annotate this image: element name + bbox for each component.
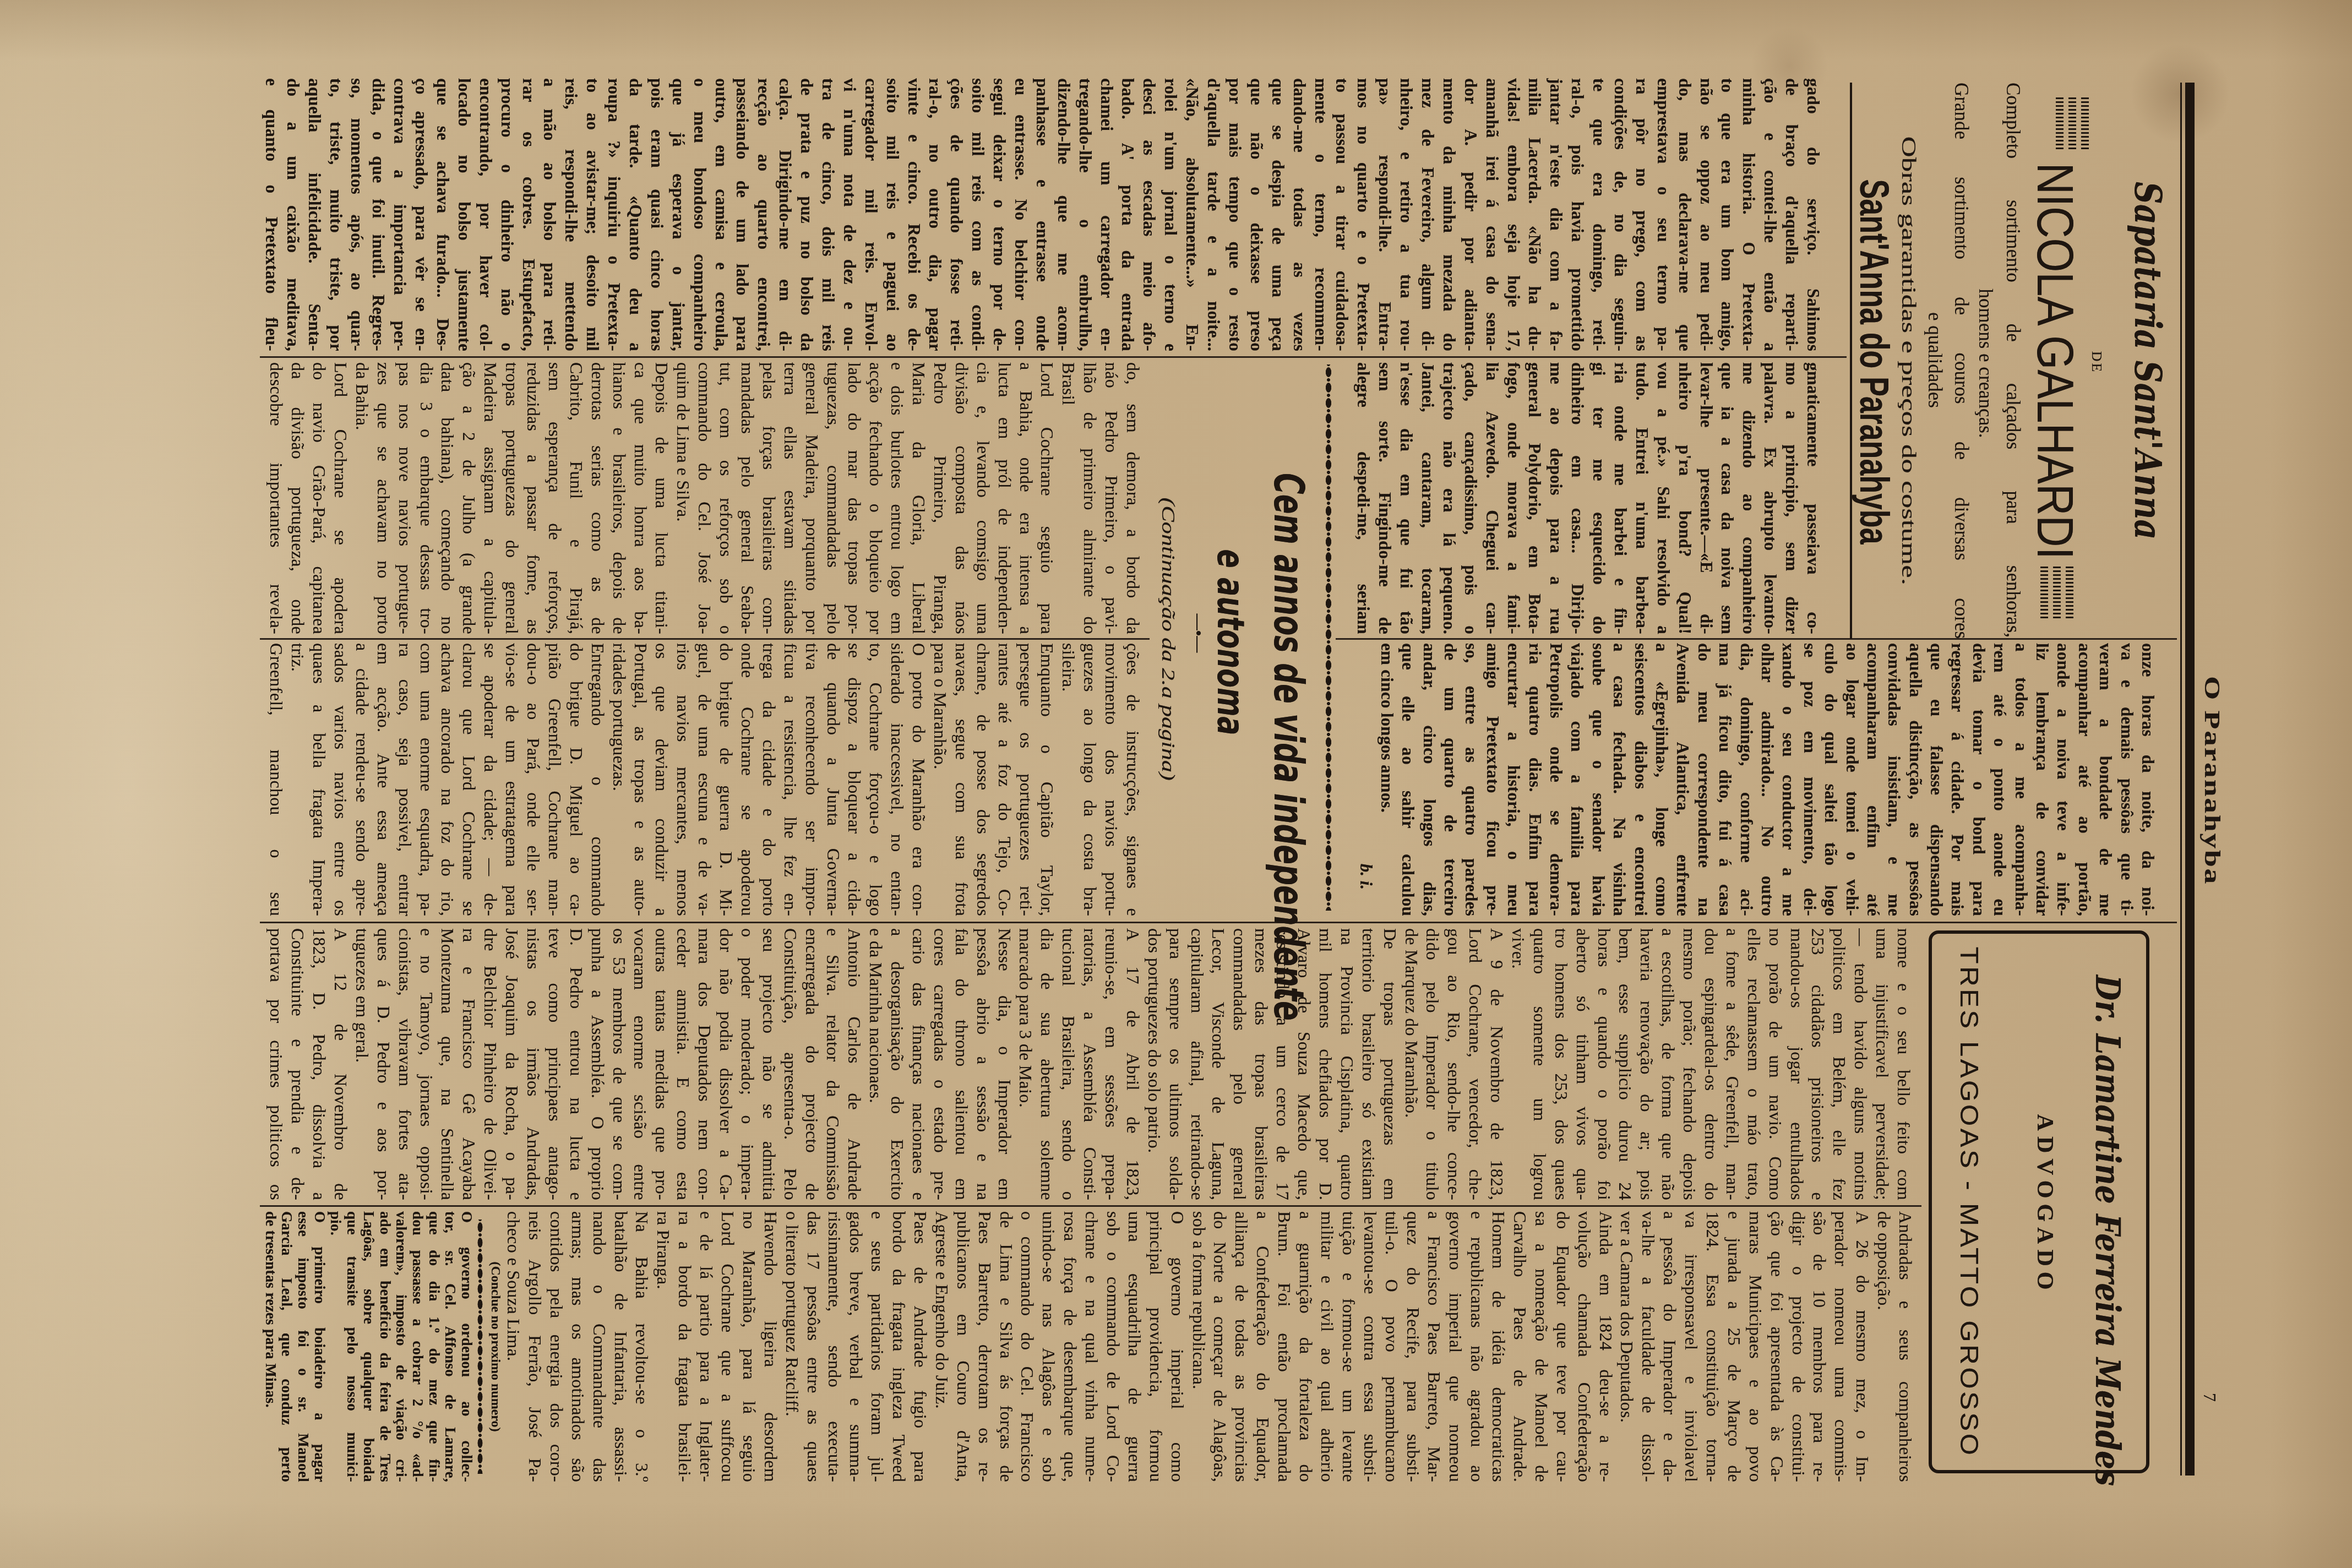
text-line: Maria da Gloria, Liberal bbox=[908, 362, 929, 634]
text-line: a guarnição da fortaleza do bbox=[1295, 1211, 1316, 1482]
text-line: recção ao quarto encontrei, bbox=[753, 78, 774, 351]
text-line: do, mas declarava-me que bbox=[1674, 78, 1695, 351]
text-line: — tendo havido alguns motins bbox=[1850, 928, 1871, 1200]
text-line: O primeiro boiadeiro a pagar bbox=[311, 1211, 328, 1482]
paragraph: A 12 de Novembro de1823, D. Pedro, disso… bbox=[265, 928, 351, 1200]
text-line: que não o deixasse preso bbox=[1245, 78, 1267, 351]
text-line: a Francisco Paes Barreto, Mar- bbox=[1424, 1211, 1445, 1482]
text-line: ceder amnistia. E como esta bbox=[672, 928, 694, 1200]
text-line: gados breve, verbal e summa- bbox=[845, 1211, 867, 1482]
article-column-3: nome e o seu bello feito comuma injustif… bbox=[265, 928, 1914, 1200]
story-column-3: onze horas da noite, da noi-va e demais … bbox=[1376, 643, 2158, 916]
text-line: alegre despedi-me, seriam bbox=[1352, 362, 1374, 634]
article-subheadline-row: e autonoma bbox=[1212, 363, 1248, 922]
text-line: contidos pela energia dos coro- bbox=[546, 1211, 567, 1482]
text-line: Andradas e seus companheiros bbox=[1894, 1211, 1916, 1482]
text-line: bordo da fragata ingleza Tweed bbox=[888, 1211, 910, 1482]
text-line: va e demais pessôas que ti- bbox=[2116, 643, 2137, 916]
text-line: que ia a casa da noiva sem bbox=[1717, 362, 1738, 634]
text-line: cores carregadas o estado pre- bbox=[929, 928, 951, 1200]
text-line: valorem», imposto de viação cri- bbox=[393, 1211, 410, 1482]
text-line: em acção. Ante essa ameaça bbox=[373, 643, 394, 916]
text-line: commando do Cel. José Joa- bbox=[694, 362, 715, 634]
text-line: Paes Barretto, derrotam os re- bbox=[974, 1211, 995, 1482]
conclusion-note: (Conclue no proximo numero) bbox=[487, 1211, 504, 1482]
text-line: trajecto não era lá pequeno. bbox=[1438, 362, 1460, 634]
text-line: rolei n'um jornal o terno e bbox=[1159, 78, 1181, 351]
column-rule bbox=[260, 638, 1150, 640]
text-line: aquella distincção, as pessôas bbox=[1904, 643, 1925, 916]
text-line: acompanharam enfim até bbox=[1863, 643, 1883, 916]
text-line: rosa força de desembarque que, bbox=[1059, 1211, 1081, 1482]
text-line: nando o Commandante das bbox=[589, 1211, 610, 1482]
text-line: a escotilhas, de forma que não bbox=[1657, 928, 1679, 1200]
text-line: ral-o, pois havia promettido bbox=[1566, 78, 1588, 351]
article-column-1: do, sem demora, a bordo danáo Pedro Prim… bbox=[265, 362, 1144, 634]
text-line: e seus partidarios foram jul- bbox=[867, 1211, 888, 1482]
text-line: o literato portuguez Ratcliff. bbox=[781, 1211, 803, 1482]
text-line: Alvaro de Souza Macedo que, bbox=[1293, 928, 1315, 1200]
text-line: general Madeira, porquanto por bbox=[801, 362, 823, 634]
paragraph: Lord Cochrane seguio paraa Bahia, onde e… bbox=[672, 362, 1058, 634]
text-line: general Polydorio, em Bota- bbox=[1524, 362, 1545, 634]
paragraph: Lord Cochrane se apoderado navio Grão-Pa… bbox=[265, 362, 351, 634]
text-line: de quando a Junta Governa- bbox=[823, 643, 844, 916]
text-line: reunio-se, em sessões prepa- bbox=[1101, 928, 1122, 1200]
text-line: Brasil bbox=[1058, 362, 1079, 634]
text-line: 1824. Essa constituição torna- bbox=[1702, 1211, 1723, 1482]
text-line: mos no quarto e o Pretexta- bbox=[1352, 78, 1374, 351]
text-line: onde Cochrane se apoderou bbox=[737, 643, 758, 916]
text-line: carregador mil reis. Envol- bbox=[860, 78, 881, 351]
text-line: ques á D. Pedro e aos por- bbox=[373, 928, 394, 1200]
text-line: onze horas da noite, da noi- bbox=[2137, 643, 2158, 916]
text-line: que elle ao sahir calculou bbox=[1397, 643, 1418, 916]
text-line: tucional Brasileira, sendo o bbox=[1058, 928, 1079, 1200]
text-line: Jantei, cantaram, tocaram, bbox=[1417, 362, 1438, 634]
text-line: marcado para 3 de Maio. bbox=[1015, 928, 1037, 1200]
text-line: jantar n'este dia com a fa- bbox=[1545, 78, 1566, 351]
column-rule bbox=[260, 922, 2177, 923]
text-line: movimento dos navios portu- bbox=[1101, 643, 1122, 916]
text-line: dizendo-lhe que me acom- bbox=[1053, 78, 1074, 351]
text-line: navaes, segue com sua frota bbox=[951, 643, 972, 916]
text-line: a fome a sêde, Greenfell, man- bbox=[1722, 928, 1743, 1200]
article-column-2: ções de instrucções, signaes emovimento … bbox=[265, 643, 1144, 916]
text-line: Lord Cochrane, vencedor, che- bbox=[1464, 928, 1486, 1200]
text-line: ao logar onde tomei o vehi- bbox=[1841, 643, 1862, 916]
text-line: olhar admirado... No outro bbox=[1757, 643, 1778, 916]
text-line: vidas! embora seja hoje 17, bbox=[1502, 78, 1524, 351]
text-line: to ao avistar-me; desoito mil bbox=[581, 78, 603, 351]
text-line: lucta em pról de independen- bbox=[994, 362, 1015, 634]
text-line: levantou-se contra essa substi- bbox=[1359, 1211, 1381, 1482]
text-line: data bahiana), começando no bbox=[437, 362, 459, 634]
text-line: mesmo porão; fechando depois bbox=[1679, 928, 1700, 1200]
text-line: cario das finanças nacionaes e bbox=[908, 928, 929, 1200]
text-line: sob a forma republicana. bbox=[1188, 1211, 1210, 1482]
text-line: gmaticamente passeiava co- bbox=[1802, 362, 1823, 634]
text-line: reduzidas a passar fome, as bbox=[522, 362, 544, 634]
text-line: devia tomar o bond para bbox=[1968, 643, 1989, 916]
text-line: dor não podia dissolver a Ca- bbox=[715, 928, 737, 1200]
text-line: dre Belchior Pinheiro de Olivei- bbox=[480, 928, 501, 1200]
text-line: Entregando o commando bbox=[587, 643, 608, 916]
text-line: mente o terno, recommen- bbox=[1310, 78, 1331, 351]
text-line: de tresentas rezes para Minas. bbox=[262, 1211, 279, 1482]
text-line: panhasse e entrasse onde bbox=[1031, 78, 1053, 351]
text-line: e dois burlotes entrou logo em bbox=[886, 362, 908, 634]
text-line: na Provincia Cisplatina, quatro bbox=[1336, 928, 1358, 1200]
text-line: a todos a me acompanha- bbox=[2010, 643, 2031, 916]
text-line: sob o commando de Lord Co- bbox=[1102, 1211, 1124, 1482]
text-line: e de lá partio para a Inglater- bbox=[695, 1211, 717, 1482]
text-line: da tarde. «Quanto deu a bbox=[624, 78, 646, 351]
text-line: n'esse dia em que fui tão bbox=[1395, 362, 1417, 634]
story-signature: b. i. bbox=[1355, 643, 1376, 916]
text-line: chrane e na qual vinha nume- bbox=[1081, 1211, 1102, 1482]
text-line: principal providencia, formou bbox=[1145, 1211, 1167, 1482]
text-line: o commando do Cel. Francisco bbox=[1017, 1211, 1038, 1482]
text-line: do navio Grão-Pará, capitanea bbox=[308, 362, 330, 634]
text-line: segui deixar o terno por de- bbox=[988, 78, 1010, 351]
paragraph: Depois de uma lucta titani-ca que muito … bbox=[351, 362, 672, 634]
text-line: outro, em camisa e ceroula, bbox=[710, 78, 732, 351]
ad-text-line: homens e creanças. bbox=[1974, 83, 1996, 644]
text-line: que se achava furado... Des- bbox=[432, 78, 453, 351]
text-line: ma já ficou dito, fui á casa bbox=[1714, 643, 1735, 916]
text-line: contrava a importancia per- bbox=[389, 78, 410, 351]
text-line: Brum. Foi então proclamada bbox=[1273, 1211, 1295, 1482]
lawyer-location: TRES LAGOAS - MATTO GROSSO bbox=[1954, 946, 1984, 1457]
lawyer-location-row: TRES LAGOAS - MATTO GROSSO bbox=[1954, 934, 1984, 1470]
text-line: ral-o, no outro dia, pagar bbox=[924, 78, 946, 351]
text-line: Montezuma que, na Sentinella bbox=[437, 928, 459, 1200]
text-line: ra e Francisco Gê Acayaba bbox=[458, 928, 480, 1200]
text-line: commandadas pelo general bbox=[1229, 928, 1251, 1200]
text-line: governo imperial que nomeou bbox=[1445, 1211, 1466, 1482]
text-line: para sempre os ultimos solda- bbox=[1165, 928, 1186, 1200]
text-line: a Confederação do Equador, bbox=[1252, 1211, 1273, 1482]
text-line: que transite pelo nosso munici- bbox=[344, 1211, 361, 1482]
text-line: ado em beneficio da feira de Tres bbox=[377, 1211, 393, 1482]
head-rule-thick bbox=[2185, 83, 2195, 1476]
text-line: portava por crimes politicos os bbox=[265, 928, 287, 1200]
text-line: pelas forças brasileiras com- bbox=[758, 362, 780, 634]
text-line: uma esquadrilha de guerra bbox=[1124, 1211, 1145, 1482]
text-line: mezes das tropas brasileiras bbox=[1250, 928, 1272, 1200]
text-line: de um quarto de terceiro bbox=[1440, 643, 1461, 916]
text-line: e jurada a 25 de Março de bbox=[1723, 1211, 1745, 1482]
text-line: pessôa abrio a sessão e na bbox=[972, 928, 994, 1200]
paragraph: O governo ordenou ao collec-tor, sr. Cel… bbox=[328, 1211, 475, 1482]
text-line: divisão composta das náos bbox=[951, 362, 972, 634]
text-line: mandou-os jogar entulhados bbox=[1786, 928, 1807, 1200]
text-line: náo Pedro Primeiro, o pavi- bbox=[1101, 362, 1122, 634]
text-line: do, sem demora, a bordo da bbox=[1122, 362, 1144, 634]
text-line: aonde a noiva teve a infe- bbox=[2052, 643, 2073, 916]
text-line: achava ancorado na foz do rio, bbox=[437, 643, 459, 916]
text-line: tut, com os reforços sob o bbox=[715, 362, 737, 634]
story-column-2: gmaticamente passeiava co-mo a principio… bbox=[1352, 362, 1823, 634]
paragraph: De tropas portuguezas emterritorio brasi… bbox=[1144, 928, 1401, 1200]
paragraph: Emquanto o Capitão Taylor,persegue os po… bbox=[929, 643, 1058, 916]
text-line: liz lembrança de convidar bbox=[2032, 643, 2052, 916]
text-line: Constituinte e prendia e de- bbox=[287, 928, 308, 1200]
text-line: de prata e puz no bolso da bbox=[796, 78, 817, 351]
text-line: regressar á cidade. Por mais bbox=[1947, 643, 1968, 916]
ad-title-row: Sapataria Sant'Anna bbox=[2123, 83, 2173, 639]
text-line: Lagôas, sobre qualquer boiada bbox=[360, 1211, 377, 1482]
text-line: Pedro Primeiro, Piranga, bbox=[929, 362, 951, 634]
text-line: a cidade rendeu-se sendo apre- bbox=[351, 643, 373, 916]
text-line: a mão ao bolso para reti- bbox=[539, 78, 560, 351]
text-line: mil homens chefiados por D. bbox=[1315, 928, 1336, 1200]
text-line: Greenfell, manchou o seu bbox=[265, 643, 287, 916]
text-line: 1823, D. Pedro, dissolvia a bbox=[308, 928, 330, 1200]
text-line: «Não, absolutamente...» En- bbox=[1181, 78, 1202, 351]
text-line: a pessôa do Imperador e da- bbox=[1659, 1211, 1680, 1482]
text-line: derrotas serias como as de bbox=[587, 362, 608, 634]
text-line: dou-o ao Pará, onde elle ser- bbox=[522, 643, 544, 916]
text-line: sem sorte. Fingindo-me de bbox=[1374, 362, 1395, 634]
text-line: gou ao Rio, sendo-lhe conce- bbox=[1443, 928, 1464, 1200]
text-line: fala do throno salientou em bbox=[951, 928, 972, 1200]
text-line: reis, respondi-lhe mettendo bbox=[560, 78, 581, 351]
text-line: amigo Pretextato ficou pre- bbox=[1482, 643, 1503, 916]
text-line: rem até o ponto aonde eu bbox=[1989, 643, 2010, 916]
text-line: da Bahia. bbox=[351, 362, 373, 634]
text-line: sileira. bbox=[1058, 643, 1079, 916]
text-line: encarregada do projecto de bbox=[801, 928, 823, 1200]
ad-location: Sant'Anna do Paranahyba bbox=[1853, 179, 1895, 544]
text-line: encurtar a historia, o meu bbox=[1503, 643, 1524, 916]
text-line: se dispoz a bloquear a cida- bbox=[844, 643, 865, 916]
text-line: A 9 de Novembro de 1823, bbox=[1486, 928, 1507, 1200]
text-line: guezes ao longo da costa bra- bbox=[1079, 643, 1101, 916]
text-line: ra pôr no prego, com as bbox=[1631, 78, 1652, 351]
paragraph: O porto do Maranhão era con-siderado ina… bbox=[608, 643, 929, 916]
text-line: mento da minha mezada do bbox=[1438, 78, 1460, 351]
text-line: pa» respondi-lhe. Entra- bbox=[1374, 78, 1395, 351]
paragraph: Havendo ligeira desordemno Maranhão, par… bbox=[652, 1211, 781, 1482]
text-line: 253 cidadãos prisioneiros e bbox=[1807, 928, 1829, 1200]
text-line: dido pelo Imperador o titulo bbox=[1422, 928, 1444, 1200]
news-item: O governo ordenou ao collec-tor, sr. Cel… bbox=[262, 1211, 475, 1482]
text-line: vi n'uma nota de dez e ou- bbox=[839, 78, 860, 351]
text-line: palavra. Ex abrupto levanto- bbox=[1759, 362, 1781, 634]
text-line: alliança de todas as provincias bbox=[1231, 1211, 1253, 1482]
text-line: Havendo ligeira desordem bbox=[760, 1211, 781, 1482]
text-line: tuição e formou-se um levante bbox=[1338, 1211, 1359, 1482]
text-line: Garcia Leal, que conduz perto bbox=[279, 1211, 295, 1482]
ad-bottom-rule bbox=[1850, 83, 1852, 639]
text-line: tudo. Entrei n'uma barbea- bbox=[1631, 362, 1652, 634]
text-line: no porão de um navio. Como bbox=[1765, 928, 1786, 1200]
text-line: elles reclamassem o máo trato, bbox=[1743, 928, 1765, 1200]
headline-ornament: —•— bbox=[1191, 363, 1205, 903]
text-line: ratorias, a Assembléa Consti- bbox=[1079, 928, 1101, 1200]
text-line: Na Bahia revoltou-se o 3.º bbox=[631, 1211, 653, 1482]
text-line: ra Piranga. bbox=[652, 1211, 674, 1482]
text-line: A 12 de Novembro de bbox=[330, 928, 351, 1200]
column-rule bbox=[260, 1205, 1921, 1207]
text-line: unindo-se nas Alagôas e sob bbox=[1038, 1211, 1059, 1482]
text-line: descobre importantes revela- bbox=[265, 362, 287, 634]
column-rule bbox=[260, 356, 1847, 358]
lawyer-profession: ADVOGADO bbox=[2032, 934, 2058, 1476]
text-line: aberto só tinham vivos qua- bbox=[1572, 928, 1593, 1200]
text-line: horas e quando o porão foi bbox=[1593, 928, 1615, 1200]
text-line: milia Lacerda. «Não ha du- bbox=[1524, 78, 1545, 351]
text-line: ridades portuguezas. bbox=[608, 643, 630, 916]
text-line: o poder moderado; o impera- bbox=[737, 928, 758, 1200]
text-line: rar os cobres. Estupefacto, bbox=[518, 78, 539, 351]
text-line: ria onde me barbei e fin- bbox=[1609, 362, 1631, 634]
text-line: pois eram quasi cinco horas bbox=[646, 78, 667, 351]
paragraph: Greenfell, manchou o seu bbox=[265, 643, 287, 916]
text-line: em cinco longos annos. bbox=[1376, 643, 1397, 916]
text-line: d'aquella tarde e a noite... bbox=[1202, 78, 1224, 351]
text-line: ficua a resistencia, lhe fez en- bbox=[780, 643, 801, 916]
ad-text-line: Obras garantidas e preços do costume. bbox=[1897, 136, 1919, 585]
text-line: os que deviam conduzir a bbox=[651, 643, 673, 916]
text-line: chamei um carregador en- bbox=[1096, 78, 1117, 351]
text-line: dia, domingo, conforme aci- bbox=[1735, 643, 1756, 916]
text-line: ço apressado, para vêr se en- bbox=[410, 78, 432, 351]
text-line: por mais tempo que o resto bbox=[1224, 78, 1245, 351]
text-line: Nesse dia, o Imperador em bbox=[994, 928, 1015, 1200]
text-line: tro homens dos 253, dos quaes bbox=[1550, 928, 1572, 1200]
text-line: digir o projecto de constitui- bbox=[1788, 1211, 1809, 1482]
text-line: nistas os irmãos Andradas, bbox=[522, 928, 544, 1200]
text-line: a «Egrejinha», longe como bbox=[1651, 643, 1672, 916]
text-line: teve como principaes antago- bbox=[544, 928, 565, 1200]
text-line: outras tantas medidas que pro- bbox=[651, 928, 672, 1200]
paragraph: Paes de Andrade fugio parabordo da fraga… bbox=[781, 1211, 931, 1482]
text-line: guel, de uma escuna e de va- bbox=[694, 643, 715, 916]
text-line: volução chamada Confederação bbox=[1574, 1211, 1595, 1482]
text-line: me dizendo ao companheiro bbox=[1738, 362, 1759, 634]
text-line: que do dia 1.º do mez que fin- bbox=[426, 1211, 442, 1482]
text-line: vocaram enorme scisão entre bbox=[630, 928, 651, 1200]
story-column-1: gado do serviço. Sahimosde braço d'aquel… bbox=[260, 78, 1823, 351]
text-line: roupa ?» inquiriu o Pretexta- bbox=[603, 78, 624, 351]
text-line: Lecor, Visconde de Laguna, bbox=[1208, 928, 1229, 1200]
text-line: minha historia. O Pretexta- bbox=[1738, 78, 1759, 351]
text-line: das 17 pessôas entre as quaes bbox=[803, 1211, 824, 1482]
text-line: fogo, onde morava a fami- bbox=[1502, 362, 1524, 634]
ad-title: Sapataria Sant'Anna bbox=[2123, 182, 2173, 540]
text-line: nheiro, e retiro a tua rou- bbox=[1395, 78, 1417, 351]
text-line: o meu bondoso companheiro bbox=[689, 78, 710, 351]
text-line: xando o seu conductor a me bbox=[1778, 643, 1799, 916]
text-line: calça. Dirigindo-me em di- bbox=[774, 78, 796, 351]
text-line: ver a Camara dos Deputados. bbox=[1616, 1211, 1638, 1482]
text-line: mez de Fevereiro, algum di- bbox=[1417, 78, 1438, 351]
text-line: a casa fechada. Na visinha bbox=[1609, 643, 1630, 916]
text-line: dou passasse a cobrar 2 °/o «ad- bbox=[409, 1211, 426, 1482]
text-line: quaes a bella fragata Impera- bbox=[308, 643, 330, 916]
text-line: tregando-lhe o embrulho, bbox=[1074, 78, 1096, 351]
text-line: Depois de uma lucta titani- bbox=[651, 362, 673, 634]
text-line: locado no bolso justamente bbox=[453, 78, 475, 351]
text-line: clarou que Lord Cochrane se bbox=[459, 643, 480, 916]
text-line: ções de instrucções, signaes e bbox=[1122, 643, 1144, 916]
text-line: sados varios navios entre os bbox=[330, 643, 351, 916]
text-line: pas nos nove navios portugue- bbox=[394, 362, 416, 634]
paragraph: Antonio Carlos de Andradee Silva. relato… bbox=[351, 928, 865, 1200]
text-line: sa a nomeação de Manoel de bbox=[1531, 1211, 1552, 1482]
text-line: so, momentos após, ao quar- bbox=[346, 78, 368, 351]
text-line: to que era um bom amigo, bbox=[1717, 78, 1738, 351]
text-line: ção e contei-lhe então a bbox=[1759, 78, 1781, 351]
paragraph: O governo imperial comoprincipal provide… bbox=[931, 1211, 1188, 1482]
paragraph: Nesse dia, o Imperador empessôa abrio a … bbox=[865, 928, 1015, 1200]
text-line: ria quatro dias. Enfim para bbox=[1524, 643, 1545, 916]
text-line: militar e civil ao qual adherio bbox=[1316, 1211, 1338, 1482]
text-line: rantes até a foz do Tejo, Co- bbox=[994, 643, 1015, 916]
text-line: para o Maranhão. bbox=[929, 643, 951, 916]
text-line: são de 10 membros para re- bbox=[1809, 1211, 1831, 1482]
text-line: mandadas pelo general Seaba- bbox=[737, 362, 758, 634]
text-line: Carvalho Paes de Andrade. bbox=[1509, 1211, 1531, 1482]
text-line: cia e, levando comsigo uma bbox=[972, 362, 994, 634]
text-line: a desorganisação do Exercito bbox=[886, 928, 908, 1200]
text-line: mara dos Deputados nem con- bbox=[694, 928, 715, 1200]
text-line: resistindo a um cerco de 17 bbox=[1272, 928, 1293, 1200]
running-head: O Paranahyba bbox=[2197, 621, 2228, 940]
text-line: ca que muito honra aos ba- bbox=[630, 362, 651, 634]
text-line: to, Cochrane forçou-o e logo bbox=[865, 643, 886, 916]
text-line: tuil-o. O povo pernambucano bbox=[1381, 1211, 1402, 1482]
ad-location-row: Sant'Anna do Paranahyba bbox=[1853, 83, 1895, 641]
text-line: seu projecto não se admittia bbox=[758, 928, 780, 1200]
text-line: publicanos em Couro d'Anta, bbox=[952, 1211, 974, 1482]
text-line: de Lima e Silva ás forças de bbox=[995, 1211, 1017, 1482]
ad-text-line: e qualidades bbox=[1924, 83, 1946, 638]
text-line: O governo imperial como bbox=[1167, 1211, 1188, 1482]
text-line: e quanto o Pretextato fleu- bbox=[260, 78, 282, 351]
text-line: hianos e brasileiros, depois de bbox=[608, 362, 630, 634]
text-line: A 17 de Abril de 1823, bbox=[1122, 928, 1144, 1200]
continuation-note: (Continuação da 2.a pagina) bbox=[1156, 498, 1179, 781]
text-line: culo do qual saltei tão logo bbox=[1820, 643, 1841, 916]
text-line: dida, o que foi inutil. Regres- bbox=[367, 78, 389, 351]
text-line: rissimamente, sendo executa- bbox=[824, 1211, 846, 1482]
text-line: cionistas, vibravam fortes ata- bbox=[394, 928, 416, 1200]
text-line: com uma enorme esquadra, pa- bbox=[416, 643, 437, 916]
text-line: do a um caixão meditava, bbox=[282, 78, 303, 351]
text-line: va irresponsavel e inviolavel bbox=[1680, 1211, 1702, 1482]
text-line: tor, sr. Cel. Affonso de Lamare, bbox=[442, 1211, 459, 1482]
text-line: neis Argollo Ferrão, José Pa- bbox=[524, 1211, 546, 1482]
text-line: Emquanto o Capitão Taylor, bbox=[1037, 643, 1058, 916]
text-line: dando-me todas as vezes bbox=[1288, 78, 1310, 351]
lawyer-name: Dr. Lamartine Ferreira Mendes bbox=[2086, 975, 2130, 1486]
paragraph: A 17 de Abril de 1823,reunio-se, em sess… bbox=[1015, 928, 1144, 1200]
text-line: seiscentos diabos e encontrei bbox=[1630, 643, 1651, 916]
paragraph: onze horas da noite, da noi-va e demais … bbox=[1376, 643, 2158, 916]
text-line: terra ellas estavam sitiadas bbox=[780, 362, 801, 634]
text-line: lado do mar das tropas por- bbox=[844, 362, 865, 634]
text-line: tuguezas, commandadas pelo bbox=[823, 362, 844, 634]
text-line: que eu falasse dispensando bbox=[1926, 643, 1947, 916]
dotted-divider bbox=[1324, 364, 1333, 911]
paragraph: Na Bahia revoltou-se o 3.ºbatalhão de In… bbox=[503, 1211, 652, 1482]
text-line: e republicanas não agradou ao bbox=[1466, 1211, 1488, 1482]
text-line: Agreste e Engenho do Juiz. bbox=[931, 1211, 952, 1482]
